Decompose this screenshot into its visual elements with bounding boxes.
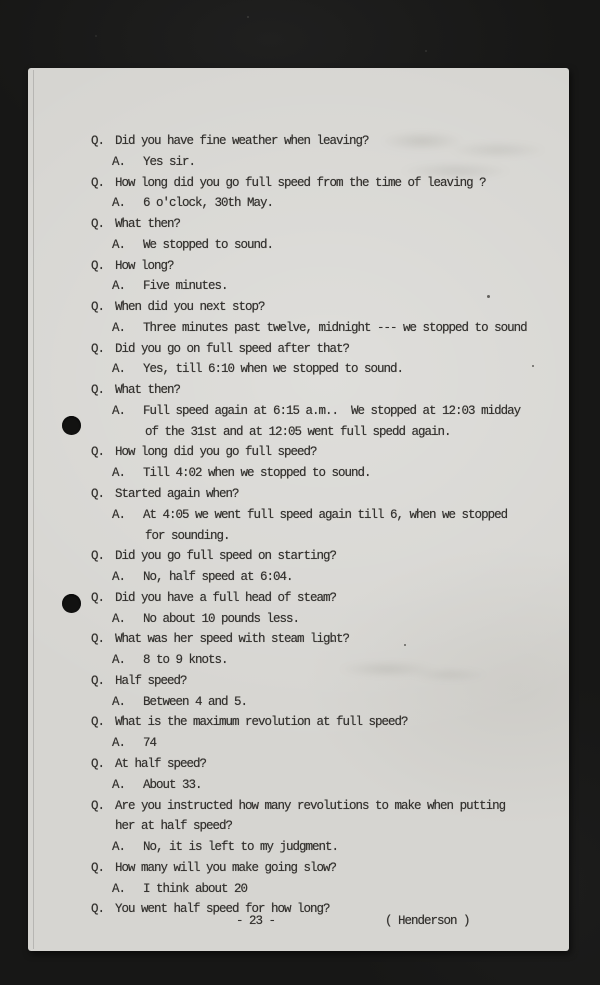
line-text: for sounding. (145, 529, 230, 543)
line-text: When did you next stop? (115, 300, 265, 314)
speaker-label: Q. (91, 256, 115, 277)
line-text: About 33. (143, 778, 202, 792)
transcript-line: A.No about 10 pounds less. (28, 609, 569, 630)
page-footer: - 23 - ( Henderson ) (28, 914, 569, 935)
transcript-line: A.Till 4:02 when we stopped to sound. (28, 463, 569, 484)
transcript-line: Q.When did you next stop? (28, 297, 569, 318)
transcript-line: A.Five minutes. (28, 276, 569, 297)
line-text: What then? (115, 383, 180, 397)
transcript-line: A.Yes, till 6:10 when we stopped to soun… (28, 359, 569, 380)
speaker-label: A. (112, 609, 143, 630)
transcript-line: Q.Did you have a full head of steam? (28, 588, 569, 609)
line-text: How long did you go full speed? (115, 445, 317, 459)
line-text: Between 4 and 5. (143, 695, 247, 709)
line-text: What was her speed with steam light? (115, 632, 349, 646)
speaker-label: Q. (91, 484, 115, 505)
speaker-label: Q. (91, 712, 115, 733)
transcript-line: Q.How many will you make going slow? (28, 858, 569, 879)
transcript-line: A.Three minutes past twelve, midnight --… (28, 318, 569, 339)
line-text: Are you instructed how many revolutions … (115, 799, 505, 813)
transcript-line: A.Between 4 and 5. (28, 692, 569, 713)
transcript-line: A.I think about 20 (28, 879, 569, 900)
line-text: No, half speed at 6:04. (143, 570, 293, 584)
transcript-line: Q.What is the maximum revolution at full… (28, 712, 569, 733)
speaker-label: Q. (91, 754, 115, 775)
speaker-label: A. (112, 879, 143, 900)
line-text: No about 10 pounds less. (143, 612, 299, 626)
line-text: What then? (115, 217, 180, 231)
speaker-label: A. (112, 401, 143, 422)
speaker-label: A. (112, 152, 143, 173)
line-text: 6 o'clock, 30th May. (143, 196, 273, 210)
transcript-line: A.We stopped to sound. (28, 235, 569, 256)
transcript-line: Q.Did you go on full speed after that? (28, 339, 569, 360)
transcript-line: Q.What then? (28, 214, 569, 235)
line-text: 8 to 9 knots. (143, 653, 228, 667)
speaker-label: A. (112, 650, 143, 671)
transcript-line: Q.Did you go full speed on starting? (28, 546, 569, 567)
line-text: of the 31st and at 12:05 went full spedd… (145, 425, 451, 439)
speaker-label: Q. (91, 796, 115, 817)
speaker-label: A. (112, 733, 143, 754)
speaker-label: A. (112, 276, 143, 297)
transcript-line: Q.At half speed? (28, 754, 569, 775)
speaker-label: A. (112, 837, 143, 858)
ink-speck (532, 365, 534, 367)
dust-specks (247, 16, 249, 18)
transcript-line: Q.Did you have fine weather when leaving… (28, 131, 569, 152)
line-text: Five minutes. (143, 279, 228, 293)
line-text: Three minutes past twelve, midnight --- … (143, 321, 527, 335)
line-text: Half speed? (115, 674, 187, 688)
speaker-label: A. (112, 318, 143, 339)
line-text: her at half speed? (115, 819, 232, 833)
line-text: What is the maximum revolution at full s… (115, 715, 408, 729)
speaker-label: A. (112, 775, 143, 796)
speaker-label: A. (112, 193, 143, 214)
speaker-label: Q. (91, 339, 115, 360)
transcript: Q.Did you have fine weather when leaving… (28, 131, 569, 920)
speaker-label: A. (112, 505, 143, 526)
line-text: I think about 20 (143, 882, 247, 896)
transcript-line: A.No, half speed at 6:04. (28, 567, 569, 588)
transcript-line: Q.Started again when? (28, 484, 569, 505)
speaker-label: A. (112, 359, 143, 380)
speaker-label: Q. (91, 546, 115, 567)
line-text: At 4:05 we went full speed again till 6,… (143, 508, 507, 522)
page-number: - 23 - (236, 914, 275, 928)
speaker-label: Q. (91, 214, 115, 235)
transcript-line: her at half speed? (28, 816, 569, 837)
line-text: Did you have fine weather when leaving? (115, 134, 369, 148)
line-text: Did you have a full head of steam? (115, 591, 336, 605)
line-text: How long did you go full speed from the … (115, 176, 486, 190)
line-text: Yes, till 6:10 when we stopped to sound. (143, 362, 403, 376)
speaker-label: Q. (91, 131, 115, 152)
transcript-line: A.At 4:05 we went full speed again till … (28, 505, 569, 526)
speaker-label: Q. (91, 588, 115, 609)
transcript-line: Q.Half speed? (28, 671, 569, 692)
transcript-line: Q.Are you instructed how many revolution… (28, 796, 569, 817)
document-page: Q.Did you have fine weather when leaving… (28, 68, 569, 951)
transcript-line: A.About 33. (28, 775, 569, 796)
transcript-line: Q.What then? (28, 380, 569, 401)
line-text: How long? (115, 259, 174, 273)
line-text: Started again when? (115, 487, 239, 501)
line-text: Till 4:02 when we stopped to sound. (143, 466, 371, 480)
ink-speck (404, 644, 406, 646)
scan-background: Q.Did you have fine weather when leaving… (0, 0, 600, 985)
line-text: No, it is left to my judgment. (143, 840, 338, 854)
transcript-line: of the 31st and at 12:05 went full spedd… (28, 422, 569, 443)
transcript-line: A.74 (28, 733, 569, 754)
speaker-label: Q. (91, 442, 115, 463)
line-text: We stopped to sound. (143, 238, 273, 252)
transcript-line: A.Full speed again at 6:15 a.m.. We stop… (28, 401, 569, 422)
ink-speck (331, 640, 334, 642)
speaker-label: A. (112, 235, 143, 256)
line-text: Full speed again at 6:15 a.m.. We stoppe… (143, 404, 520, 418)
transcript-line: A.No, it is left to my judgment. (28, 837, 569, 858)
speaker-label: Q. (91, 297, 115, 318)
speaker-label: Q. (91, 173, 115, 194)
transcript-line: Q.How long? (28, 256, 569, 277)
line-text: Yes sir. (143, 155, 195, 169)
transcript-line: Q.How long did you go full speed? (28, 442, 569, 463)
speaker-label: Q. (91, 380, 115, 401)
ink-speck (487, 295, 490, 298)
line-text: Did you go full speed on starting? (115, 549, 336, 563)
witness-name: ( Henderson ) (385, 914, 470, 928)
speaker-label: Q. (91, 671, 115, 692)
line-text: Did you go on full speed after that? (115, 342, 349, 356)
hole-punch-top (62, 416, 81, 435)
transcript-line: A.6 o'clock, 30th May. (28, 193, 569, 214)
speaker-label: Q. (91, 858, 115, 879)
transcript-line: A.8 to 9 knots. (28, 650, 569, 671)
line-text: How many will you make going slow? (115, 861, 336, 875)
line-text: At half speed? (115, 757, 206, 771)
line-text: 74 (143, 736, 156, 750)
speaker-label: A. (112, 567, 143, 588)
hole-punch-bottom (62, 594, 81, 613)
speaker-label: A. (112, 463, 143, 484)
speaker-label: Q. (91, 629, 115, 650)
speaker-label: A. (112, 692, 143, 713)
transcript-line: for sounding. (28, 526, 569, 547)
transcript-line: A.Yes sir. (28, 152, 569, 173)
transcript-line: Q.What was her speed with steam light? (28, 629, 569, 650)
transcript-line: Q.How long did you go full speed from th… (28, 173, 569, 194)
